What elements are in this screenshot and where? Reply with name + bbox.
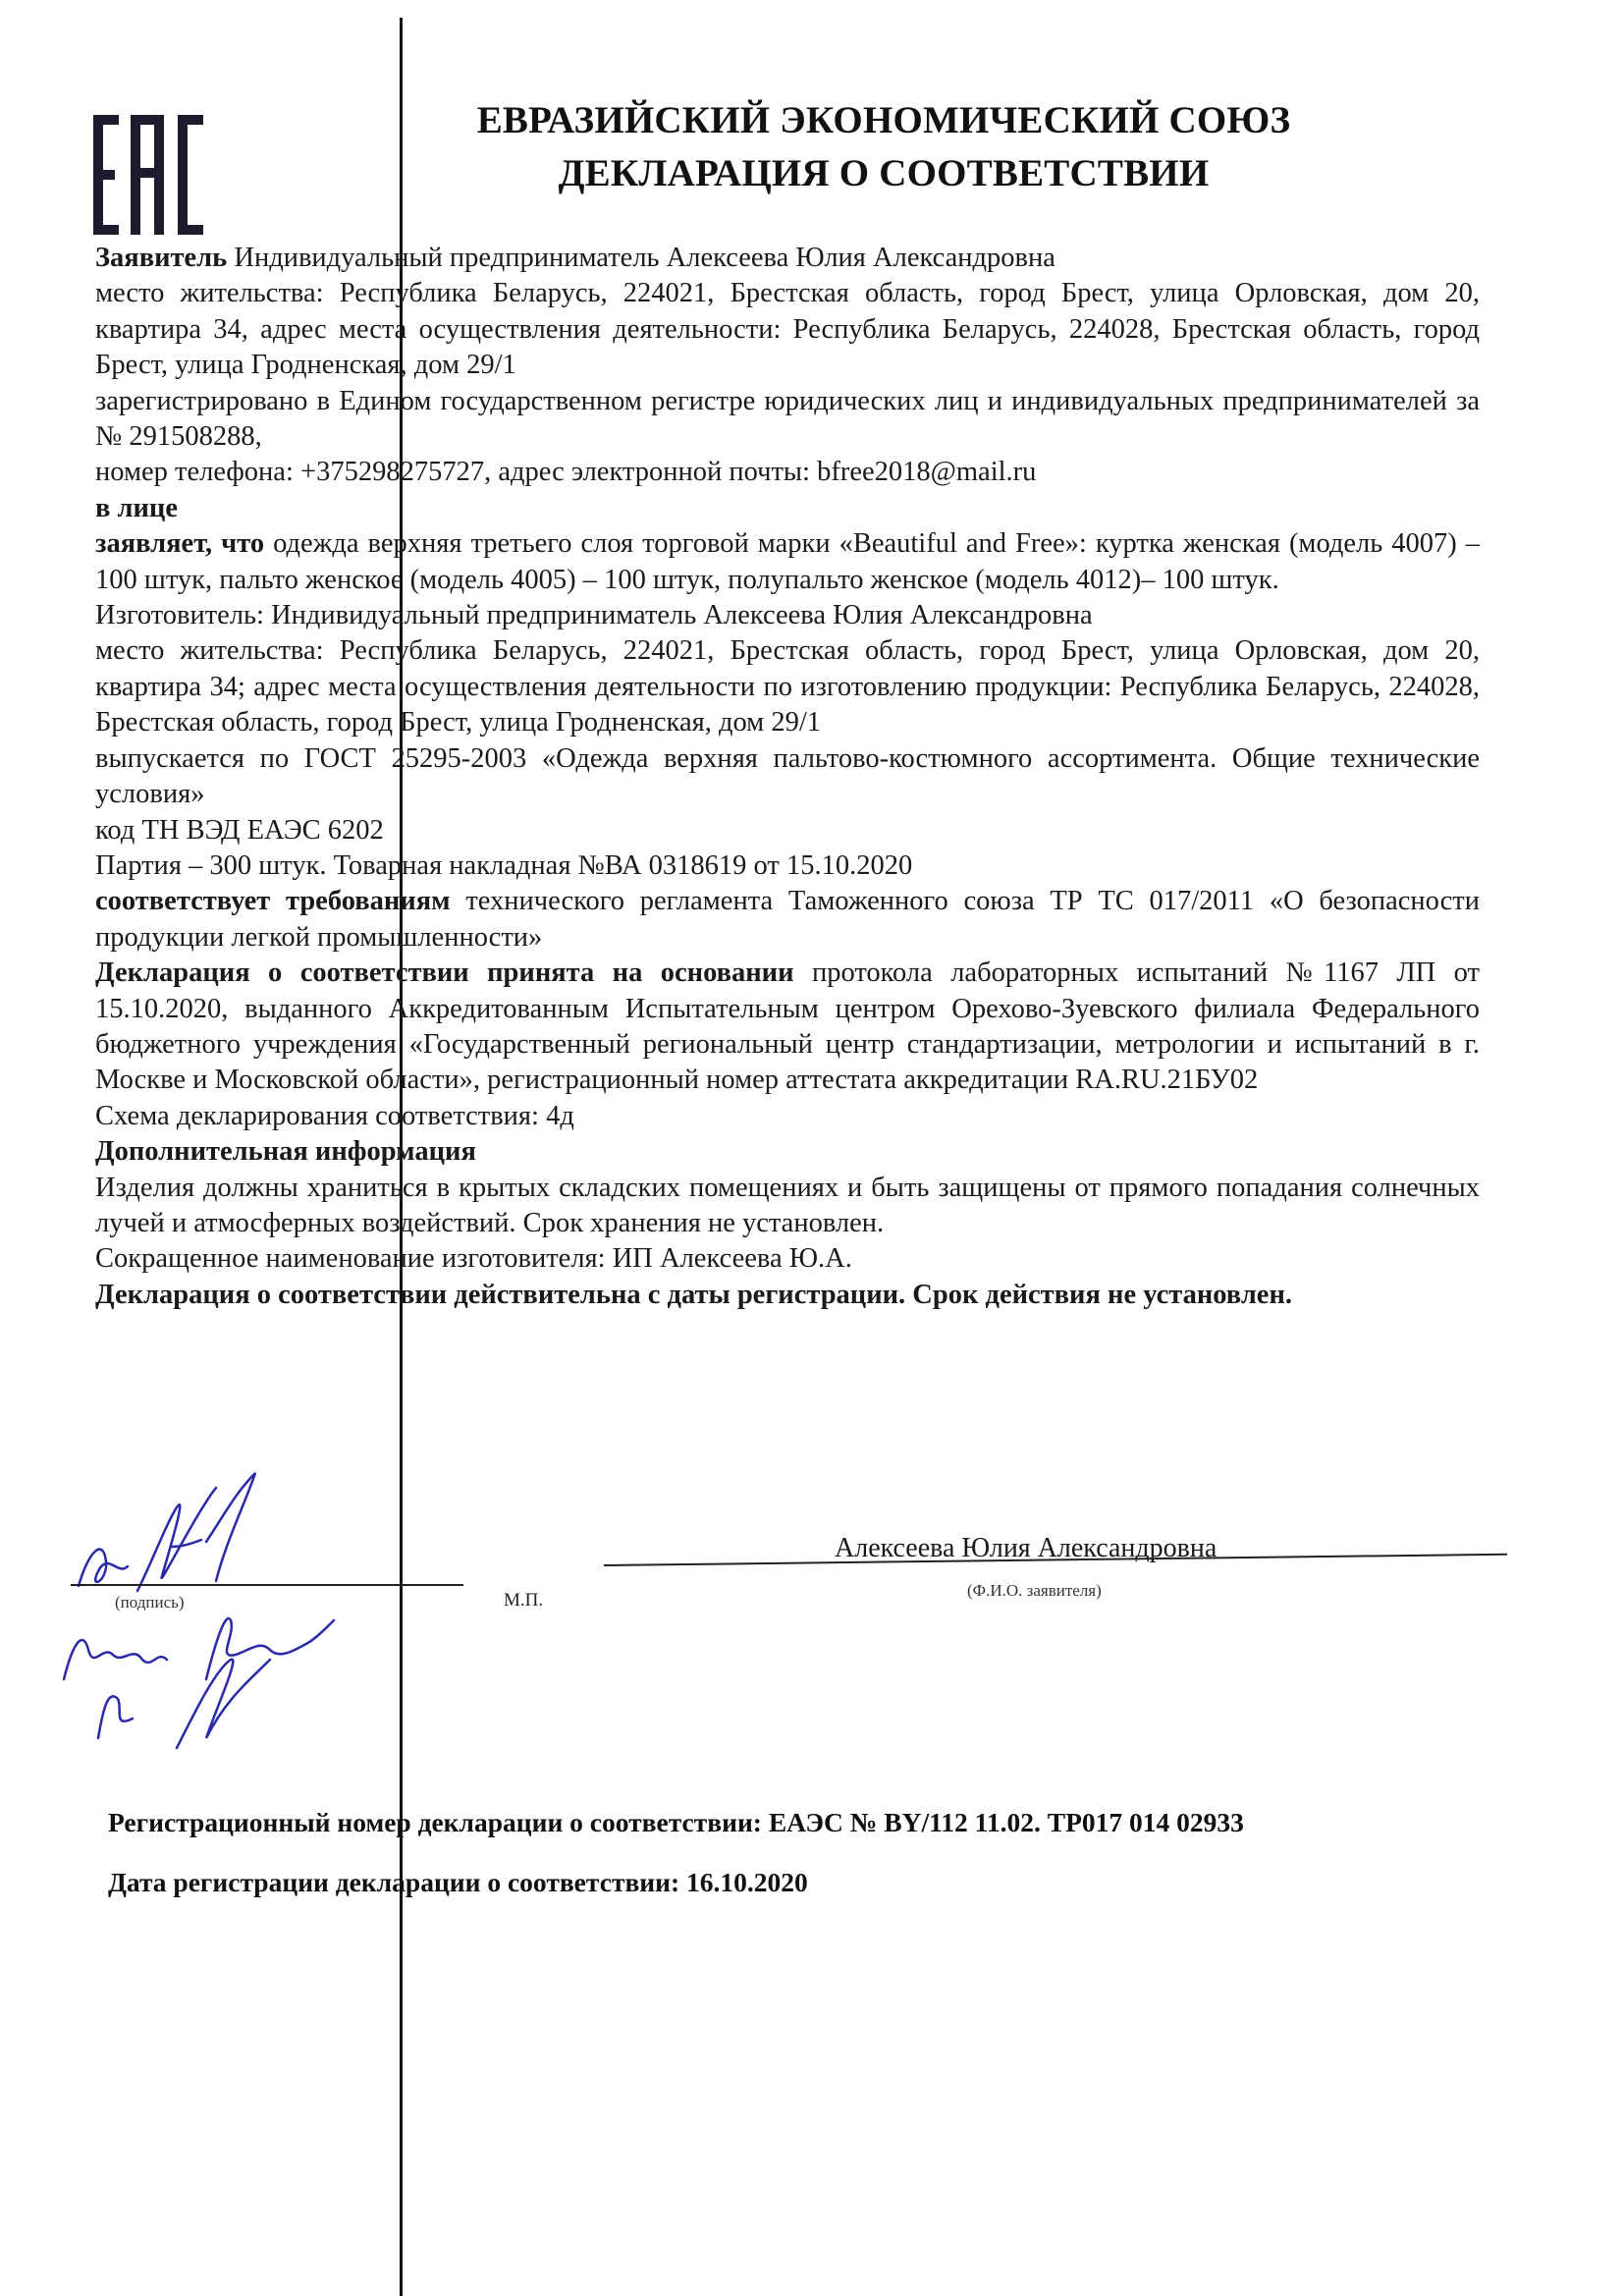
manufacturer-address: место жительства: Республика Беларусь, 2… [95, 633, 1480, 740]
batch-line: Партия – 300 штук. Товарная накладная №В… [95, 848, 1480, 884]
standard-line: выпускается по ГОСТ 25295-2003 «Одежда в… [95, 741, 1480, 813]
tn-ved-code: код ТН ВЭД ЕАЭС 6202 [95, 813, 1480, 848]
applicant-address: место жительства: Республика Беларусь, 2… [95, 276, 1480, 383]
eac-logo-icon [93, 115, 203, 235]
applicant-label: Заявитель [95, 243, 227, 273]
declaration-body: Заявитель Индивидуальный предприниматель… [95, 241, 1480, 1313]
validity-line: Декларация о соответствии действительна … [95, 1278, 1480, 1313]
declares-text: одежда верхняя третьего слоя торговой ма… [95, 528, 1480, 594]
title-union: ЕВРАЗИЙСКИЙ ЭКОНОМИЧЕСКИЙ СОЮЗ [412, 94, 1355, 147]
basis-paragraph: Декларация о соответствии принята на осн… [95, 956, 1480, 1099]
additional-info-label: Дополнительная информация [95, 1134, 1480, 1170]
applicant-line: Заявитель Индивидуальный предприниматель… [95, 241, 1480, 276]
applicant-registration: зарегистрировано в Едином государственно… [95, 384, 1480, 456]
fullname-caption: (Ф.И.О. заявителя) [967, 1581, 1102, 1601]
basis-label: Декларация о соответствии принята на осн… [95, 957, 794, 988]
scheme-line: Схема декларирования соответствия: 4д [95, 1099, 1480, 1134]
in-person-label: в лице [95, 491, 1480, 526]
registration-date: Дата регистрации декларации о соответств… [108, 1867, 808, 1898]
conforms-label: соответствует требованиям [95, 886, 451, 916]
stamp-label: М.П. [504, 1590, 543, 1612]
signature-line [71, 1584, 463, 1586]
title-declaration: ДЕКЛАРАЦИЯ О СООТВЕТСТВИИ [412, 147, 1355, 200]
storage-text: Изделия должны храниться в крытых складс… [95, 1171, 1480, 1242]
document-title: ЕВРАЗИЙСКИЙ ЭКОНОМИЧЕСКИЙ СОЮЗ ДЕКЛАРАЦИ… [412, 94, 1355, 200]
short-name-line: Сокращенное наименование изготовителя: И… [95, 1241, 1480, 1277]
declares-label: заявляет, что [95, 528, 264, 559]
conforms-paragraph: соответствует требованиям технического р… [95, 884, 1480, 956]
manufacturer-name: Изготовитель: Индивидуальный предпринима… [95, 598, 1480, 633]
declares-paragraph: заявляет, что одежда верхняя третьего сл… [95, 526, 1480, 598]
applicant-contacts: номер телефона: +375298275727, адрес эле… [95, 455, 1480, 490]
registration-number: Регистрационный номер декларации о соотв… [108, 1807, 1244, 1838]
signature-caption: (подпись) [115, 1593, 185, 1613]
applicant-name: Индивидуальный предприниматель Алексеева… [227, 243, 1055, 273]
